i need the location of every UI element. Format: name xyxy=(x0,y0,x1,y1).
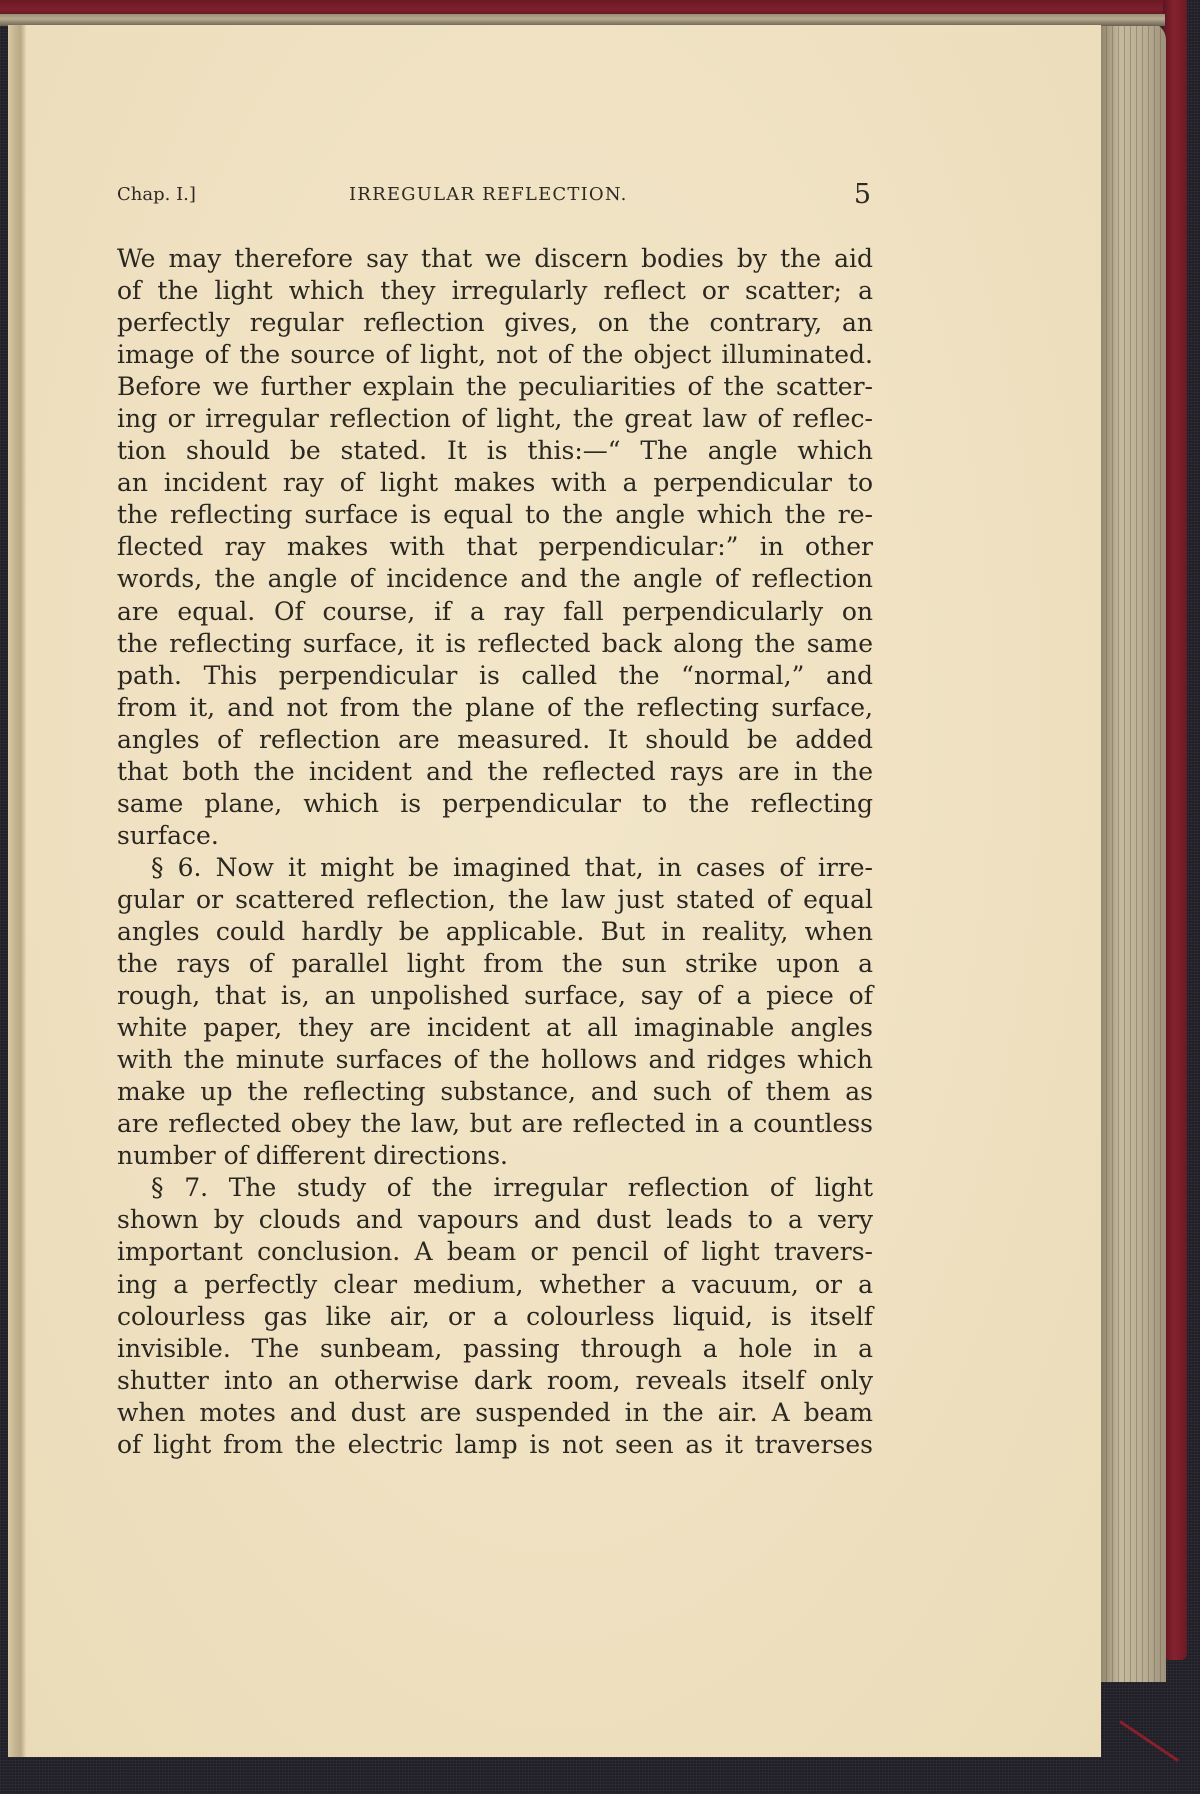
text-line: Before we further explain the peculiarit… xyxy=(117,371,873,403)
page-gutter-shadow xyxy=(8,25,26,1757)
text-line: invisible. The sunbeam, passing through … xyxy=(117,1333,873,1365)
running-title: IRREGULAR REFLECTION. xyxy=(349,184,628,205)
text-line: ing a perfectly clear medium, whether a … xyxy=(117,1269,873,1301)
text-line: of light from the electric lamp is not s… xyxy=(117,1429,873,1461)
body-text: We may therefore say that we discern bod… xyxy=(117,243,873,1461)
text-line: white paper, they are incident at all im… xyxy=(117,1012,873,1044)
text-line: shutter into an otherwise dark room, rev… xyxy=(117,1365,873,1397)
section-7-start: § 7. The study of the irregular reflecti… xyxy=(117,1172,873,1204)
page-stack-fore-edge xyxy=(1100,22,1166,1682)
text-line: gular or scattered reflection, the law j… xyxy=(117,884,873,916)
text-line: the reflecting surface is equal to the a… xyxy=(117,499,873,531)
chapter-label: Chap. I.] xyxy=(117,184,196,205)
text-line: number of different directions. xyxy=(117,1140,873,1172)
text-line: path. This perpendicular is called the “… xyxy=(117,660,873,692)
text-line: of the light which they irregularly refl… xyxy=(117,275,873,307)
text-line: that both the incident and the reflected… xyxy=(117,756,873,788)
text-line: are reflected obey the law, but are refl… xyxy=(117,1108,873,1140)
text-line: same plane, which is perpendicular to th… xyxy=(117,788,873,820)
text-line: an incident ray of light makes with a pe… xyxy=(117,467,873,499)
book-cover-right-edge xyxy=(1163,0,1187,1660)
running-head: Chap. I.] IRREGULAR REFLECTION. 5 xyxy=(117,184,873,214)
text-line: image of the source of light, not of the… xyxy=(117,339,873,371)
text-line: angles of reflection are measured. It sh… xyxy=(117,724,873,756)
text-line: flected ray makes with that perpendicula… xyxy=(117,531,873,563)
text-line: We may therefore say that we discern bod… xyxy=(117,243,873,275)
page-number: 5 xyxy=(854,179,871,210)
text-line: when motes and dust are suspended in the… xyxy=(117,1397,873,1429)
text-line: ing or irregular reflection of light, th… xyxy=(117,403,873,435)
text-line: the reflecting surface, it is reflected … xyxy=(117,628,873,660)
text-line: rough, that is, an unpolished surface, s… xyxy=(117,980,873,1012)
text-line: words, the angle of incidence and the an… xyxy=(117,563,873,595)
text-line: colourless gas like air, or a colourless… xyxy=(117,1301,873,1333)
text-line: from it, and not from the plane of the r… xyxy=(117,692,873,724)
text-line: tion should be stated. It is this:—“ The… xyxy=(117,435,873,467)
text-line: the rays of parallel light from the sun … xyxy=(117,948,873,980)
text-line: are equal. Of course, if a ray fall perp… xyxy=(117,596,873,628)
text-line: important conclusion. A beam or pencil o… xyxy=(117,1236,873,1268)
text-line: with the minute surfaces of the hollows … xyxy=(117,1044,873,1076)
text-line: angles could hardly be applicable. But i… xyxy=(117,916,873,948)
section-6-start: § 6. Now it might be imagined that, in c… xyxy=(117,852,873,884)
text-line: surface. xyxy=(117,820,873,852)
text-line: shown by clouds and vapours and dust lea… xyxy=(117,1204,873,1236)
text-line: make up the reflecting substance, and su… xyxy=(117,1076,873,1108)
text-line: perfectly regular reflection gives, on t… xyxy=(117,307,873,339)
